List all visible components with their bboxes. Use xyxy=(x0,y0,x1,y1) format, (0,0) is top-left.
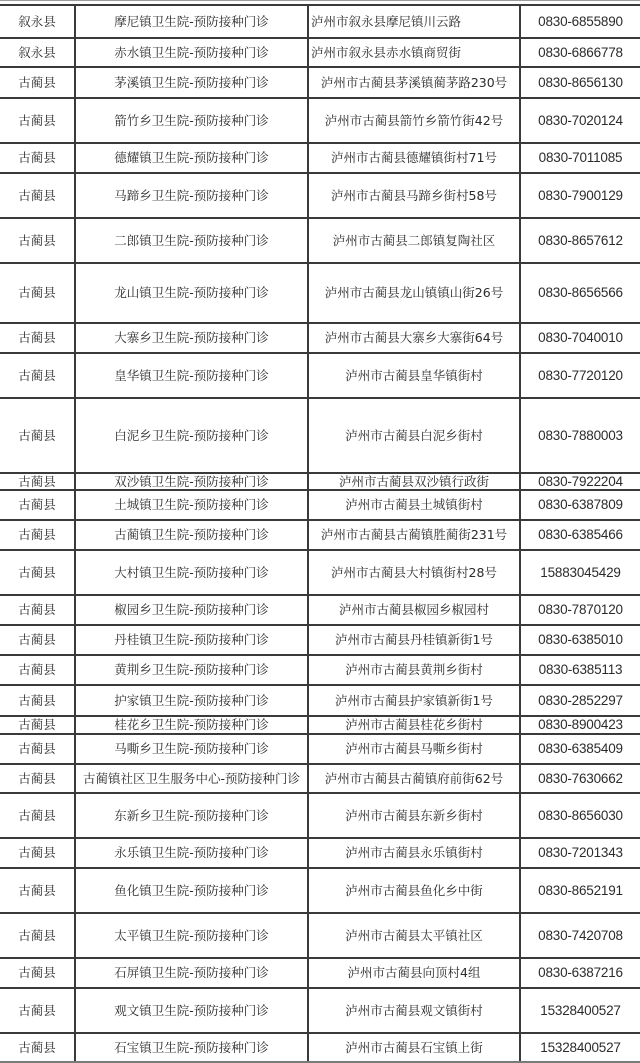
phone-cell: 15328400527 xyxy=(520,1033,640,1062)
table-row: 古蔺县二郎镇卫生院-预防接种门诊泸州市古蔺县二郎镇复陶社区0830-865761… xyxy=(0,218,640,263)
phone-cell: 0830-7201343 xyxy=(520,838,640,868)
county-cell: 古蔺县 xyxy=(0,958,75,988)
county-cell: 古蔺县 xyxy=(0,625,75,655)
clinic-name-cell: 皇华镇卫生院-预防接种门诊 xyxy=(75,353,308,398)
table-row: 古蔺县太平镇卫生院-预防接种门诊泸州市古蔺县太平镇社区0830-7420708 xyxy=(0,913,640,958)
county-cell: 古蔺县 xyxy=(0,655,75,685)
address-cell: 泸州市古蔺县观文镇街村 xyxy=(308,988,520,1033)
address-cell: 泸州市古蔺县双沙镇行政街 xyxy=(308,473,520,490)
phone-cell: 0830-7870120 xyxy=(520,595,640,625)
address-cell: 泸州市古蔺县太平镇社区 xyxy=(308,913,520,958)
address-cell: 泸州市古蔺县永乐镇街村 xyxy=(308,838,520,868)
table-row: 古蔺县德耀镇卫生院-预防接种门诊泸州市古蔺县德耀镇街村71号0830-70110… xyxy=(0,143,640,173)
county-cell: 古蔺县 xyxy=(0,490,75,520)
table-row: 叙永县赤水镇卫生院-预防接种门诊泸州市叙永县赤水镇商贸街0830-6866778 xyxy=(0,38,640,67)
county-cell: 古蔺县 xyxy=(0,988,75,1033)
clinic-name-cell: 箭竹乡卫生院-预防接种门诊 xyxy=(75,98,308,143)
address-cell: 泸州市古蔺县龙山镇镇山街26号 xyxy=(308,263,520,323)
table-row: 古蔺县椒园乡卫生院-预防接种门诊泸州市古蔺县椒园乡椒园村0830-7870120 xyxy=(0,595,640,625)
table-row: 古蔺县石宝镇卫生院-预防接种门诊泸州市古蔺县石宝镇上街15328400527 xyxy=(0,1033,640,1062)
clinic-name-cell: 马蹄乡卫生院-预防接种门诊 xyxy=(75,173,308,218)
address-cell: 泸州市古蔺县古蔺镇胜蔺街231号 xyxy=(308,520,520,550)
clinic-name-cell: 德耀镇卫生院-预防接种门诊 xyxy=(75,143,308,173)
clinic-name-cell: 鱼化镇卫生院-预防接种门诊 xyxy=(75,868,308,913)
county-cell: 古蔺县 xyxy=(0,473,75,490)
clinic-name-cell: 马嘶乡卫生院-预防接种门诊 xyxy=(75,734,308,764)
clinic-name-cell: 桂花乡卫生院-预防接种门诊 xyxy=(75,716,308,734)
table-row: 古蔺县丹桂镇卫生院-预防接种门诊泸州市古蔺县丹桂镇新街1号0830-638501… xyxy=(0,625,640,655)
county-cell: 古蔺县 xyxy=(0,67,75,98)
phone-cell: 0830-8656566 xyxy=(520,263,640,323)
phone-cell: 0830-8652191 xyxy=(520,868,640,913)
table-row: 古蔺县古蔺镇社区卫生服务中心-预防接种门诊泸州市古蔺县古蔺镇府前街62号0830… xyxy=(0,764,640,793)
address-cell: 泸州市古蔺县大寨乡大寨街64号 xyxy=(308,323,520,353)
county-cell: 古蔺县 xyxy=(0,143,75,173)
address-cell: 泸州市古蔺县椒园乡椒园村 xyxy=(308,595,520,625)
address-cell: 泸州市古蔺县马蹄乡街村58号 xyxy=(308,173,520,218)
county-cell: 古蔺县 xyxy=(0,793,75,838)
table-row: 古蔺县龙山镇卫生院-预防接种门诊泸州市古蔺县龙山镇镇山街26号0830-8656… xyxy=(0,263,640,323)
clinic-name-cell: 护家镇卫生院-预防接种门诊 xyxy=(75,685,308,716)
table-row: 古蔺县双沙镇卫生院-预防接种门诊泸州市古蔺县双沙镇行政街0830-7922204 xyxy=(0,473,640,490)
table-row: 古蔺县箭竹乡卫生院-预防接种门诊泸州市古蔺县箭竹乡箭竹街42号0830-7020… xyxy=(0,98,640,143)
clinic-name-cell: 石宝镇卫生院-预防接种门诊 xyxy=(75,1033,308,1062)
table-row: 古蔺县古蔺镇卫生院-预防接种门诊泸州市古蔺县古蔺镇胜蔺街231号0830-638… xyxy=(0,520,640,550)
phone-cell: 0830-6387216 xyxy=(520,958,640,988)
phone-cell: 0830-7922204 xyxy=(520,473,640,490)
clinic-name-cell: 古蔺镇卫生院-预防接种门诊 xyxy=(75,520,308,550)
address-cell: 泸州市古蔺县大村镇街村28号 xyxy=(308,550,520,595)
clinic-name-cell: 土城镇卫生院-预防接种门诊 xyxy=(75,490,308,520)
table-body: 叙永县摩尼镇卫生院-预防接种门诊泸州市叙永县摩尼镇川云路0830-6855890… xyxy=(0,5,640,1062)
table-row: 古蔺县马蹄乡卫生院-预防接种门诊泸州市古蔺县马蹄乡街村58号0830-79001… xyxy=(0,173,640,218)
table-row: 古蔺县大寨乡卫生院-预防接种门诊泸州市古蔺县大寨乡大寨街64号0830-7040… xyxy=(0,323,640,353)
phone-cell: 15328400527 xyxy=(520,988,640,1033)
table-row: 古蔺县大村镇卫生院-预防接种门诊泸州市古蔺县大村镇街村28号1588304542… xyxy=(0,550,640,595)
county-cell: 古蔺县 xyxy=(0,520,75,550)
county-cell: 叙永县 xyxy=(0,38,75,67)
table-row: 古蔺县护家镇卫生院-预防接种门诊泸州市古蔺县护家镇新街1号0830-285229… xyxy=(0,685,640,716)
county-cell: 古蔺县 xyxy=(0,595,75,625)
table-row: 古蔺县石屏镇卫生院-预防接种门诊泸州市古蔺县向顶村4组0830-6387216 xyxy=(0,958,640,988)
table-row: 古蔺县黄荆乡卫生院-预防接种门诊泸州市古蔺县黄荆乡街村0830-6385113 xyxy=(0,655,640,685)
phone-cell: 0830-7011085 xyxy=(520,143,640,173)
county-cell: 叙永县 xyxy=(0,5,75,38)
phone-cell: 0830-7040010 xyxy=(520,323,640,353)
address-cell: 泸州市古蔺县白泥乡街村 xyxy=(308,398,520,473)
address-cell: 泸州市古蔺县石宝镇上街 xyxy=(308,1033,520,1062)
phone-cell: 0830-7880003 xyxy=(520,398,640,473)
county-cell: 古蔺县 xyxy=(0,98,75,143)
address-cell: 泸州市古蔺县马嘶乡街村 xyxy=(308,734,520,764)
clinic-name-cell: 龙山镇卫生院-预防接种门诊 xyxy=(75,263,308,323)
county-cell: 古蔺县 xyxy=(0,353,75,398)
table-row: 古蔺县东新乡卫生院-预防接种门诊泸州市古蔺县东新乡街村0830-8656030 xyxy=(0,793,640,838)
phone-cell: 0830-8656130 xyxy=(520,67,640,98)
county-cell: 古蔺县 xyxy=(0,716,75,734)
phone-cell: 0830-8900423 xyxy=(520,716,640,734)
county-cell: 古蔺县 xyxy=(0,173,75,218)
table-row: 古蔺县观文镇卫生院-预防接种门诊泸州市古蔺县观文镇街村15328400527 xyxy=(0,988,640,1033)
phone-cell: 0830-8657612 xyxy=(520,218,640,263)
top-rule xyxy=(0,0,640,1)
table-row: 古蔺县马嘶乡卫生院-预防接种门诊泸州市古蔺县马嘶乡街村0830-6385409 xyxy=(0,734,640,764)
clinic-name-cell: 赤水镇卫生院-预防接种门诊 xyxy=(75,38,308,67)
phone-cell: 0830-7020124 xyxy=(520,98,640,143)
clinic-name-cell: 永乐镇卫生院-预防接种门诊 xyxy=(75,838,308,868)
address-cell: 泸州市古蔺县古蔺镇府前街62号 xyxy=(308,764,520,793)
phone-cell: 0830-7630662 xyxy=(520,764,640,793)
phone-cell: 0830-6385466 xyxy=(520,520,640,550)
address-cell: 泸州市古蔺县向顶村4组 xyxy=(308,958,520,988)
table-row: 古蔺县皇华镇卫生院-预防接种门诊泸州市古蔺县皇华镇街村0830-7720120 xyxy=(0,353,640,398)
county-cell: 古蔺县 xyxy=(0,685,75,716)
phone-cell: 0830-6387809 xyxy=(520,490,640,520)
county-cell: 古蔺县 xyxy=(0,868,75,913)
clinic-name-cell: 二郎镇卫生院-预防接种门诊 xyxy=(75,218,308,263)
address-cell: 泸州市古蔺县茅溪镇蔺茅路230号 xyxy=(308,67,520,98)
county-cell: 古蔺县 xyxy=(0,838,75,868)
table-row: 叙永县摩尼镇卫生院-预防接种门诊泸州市叙永县摩尼镇川云路0830-6855890 xyxy=(0,5,640,38)
address-cell: 泸州市叙永县摩尼镇川云路 xyxy=(308,5,520,38)
table-row: 古蔺县白泥乡卫生院-预防接种门诊泸州市古蔺县白泥乡街村0830-7880003 xyxy=(0,398,640,473)
table-row: 古蔺县永乐镇卫生院-预防接种门诊泸州市古蔺县永乐镇街村0830-7201343 xyxy=(0,838,640,868)
address-cell: 泸州市叙永县赤水镇商贸街 xyxy=(308,38,520,67)
phone-cell: 0830-6866778 xyxy=(520,38,640,67)
phone-cell: 0830-7900129 xyxy=(520,173,640,218)
county-cell: 古蔺县 xyxy=(0,398,75,473)
phone-cell: 0830-8656030 xyxy=(520,793,640,838)
clinic-name-cell: 石屏镇卫生院-预防接种门诊 xyxy=(75,958,308,988)
county-cell: 古蔺县 xyxy=(0,263,75,323)
clinic-name-cell: 黄荆乡卫生院-预防接种门诊 xyxy=(75,655,308,685)
address-cell: 泸州市古蔺县鱼化乡中街 xyxy=(308,868,520,913)
table-row: 古蔺县桂花乡卫生院-预防接种门诊泸州市古蔺县桂花乡街村0830-8900423 xyxy=(0,716,640,734)
address-cell: 泸州市古蔺县皇华镇街村 xyxy=(308,353,520,398)
county-cell: 古蔺县 xyxy=(0,764,75,793)
vaccination-clinic-table: 叙永县摩尼镇卫生院-预防接种门诊泸州市叙永县摩尼镇川云路0830-6855890… xyxy=(0,4,640,1063)
address-cell: 泸州市古蔺县二郎镇复陶社区 xyxy=(308,218,520,263)
table-row: 古蔺县鱼化镇卫生院-预防接种门诊泸州市古蔺县鱼化乡中街0830-8652191 xyxy=(0,868,640,913)
clinic-name-cell: 大寨乡卫生院-预防接种门诊 xyxy=(75,323,308,353)
address-cell: 泸州市古蔺县箭竹乡箭竹街42号 xyxy=(308,98,520,143)
clinic-name-cell: 古蔺镇社区卫生服务中心-预防接种门诊 xyxy=(75,764,308,793)
clinic-name-cell: 丹桂镇卫生院-预防接种门诊 xyxy=(75,625,308,655)
clinic-name-cell: 东新乡卫生院-预防接种门诊 xyxy=(75,793,308,838)
county-cell: 古蔺县 xyxy=(0,1033,75,1062)
clinic-name-cell: 白泥乡卫生院-预防接种门诊 xyxy=(75,398,308,473)
clinic-name-cell: 茅溪镇卫生院-预防接种门诊 xyxy=(75,67,308,98)
phone-cell: 0830-6385409 xyxy=(520,734,640,764)
clinic-name-cell: 双沙镇卫生院-预防接种门诊 xyxy=(75,473,308,490)
address-cell: 泸州市古蔺县土城镇街村 xyxy=(308,490,520,520)
address-cell: 泸州市古蔺县桂花乡街村 xyxy=(308,716,520,734)
table-row: 古蔺县茅溪镇卫生院-预防接种门诊泸州市古蔺县茅溪镇蔺茅路230号0830-865… xyxy=(0,67,640,98)
county-cell: 古蔺县 xyxy=(0,913,75,958)
phone-cell: 0830-2852297 xyxy=(520,685,640,716)
phone-cell: 0830-6385113 xyxy=(520,655,640,685)
county-cell: 古蔺县 xyxy=(0,734,75,764)
address-cell: 泸州市古蔺县护家镇新街1号 xyxy=(308,685,520,716)
phone-cell: 0830-7420708 xyxy=(520,913,640,958)
clinic-table-container: 叙永县摩尼镇卫生院-预防接种门诊泸州市叙永县摩尼镇川云路0830-6855890… xyxy=(0,4,640,1063)
county-cell: 古蔺县 xyxy=(0,323,75,353)
address-cell: 泸州市古蔺县德耀镇街村71号 xyxy=(308,143,520,173)
county-cell: 古蔺县 xyxy=(0,218,75,263)
address-cell: 泸州市古蔺县东新乡街村 xyxy=(308,793,520,838)
county-cell: 古蔺县 xyxy=(0,550,75,595)
address-cell: 泸州市古蔺县丹桂镇新街1号 xyxy=(308,625,520,655)
clinic-name-cell: 太平镇卫生院-预防接种门诊 xyxy=(75,913,308,958)
phone-cell: 15883045429 xyxy=(520,550,640,595)
address-cell: 泸州市古蔺县黄荆乡街村 xyxy=(308,655,520,685)
table-row: 古蔺县土城镇卫生院-预防接种门诊泸州市古蔺县土城镇街村0830-6387809 xyxy=(0,490,640,520)
clinic-name-cell: 摩尼镇卫生院-预防接种门诊 xyxy=(75,5,308,38)
phone-cell: 0830-7720120 xyxy=(520,353,640,398)
phone-cell: 0830-6855890 xyxy=(520,5,640,38)
clinic-name-cell: 观文镇卫生院-预防接种门诊 xyxy=(75,988,308,1033)
clinic-name-cell: 椒园乡卫生院-预防接种门诊 xyxy=(75,595,308,625)
phone-cell: 0830-6385010 xyxy=(520,625,640,655)
clinic-name-cell: 大村镇卫生院-预防接种门诊 xyxy=(75,550,308,595)
